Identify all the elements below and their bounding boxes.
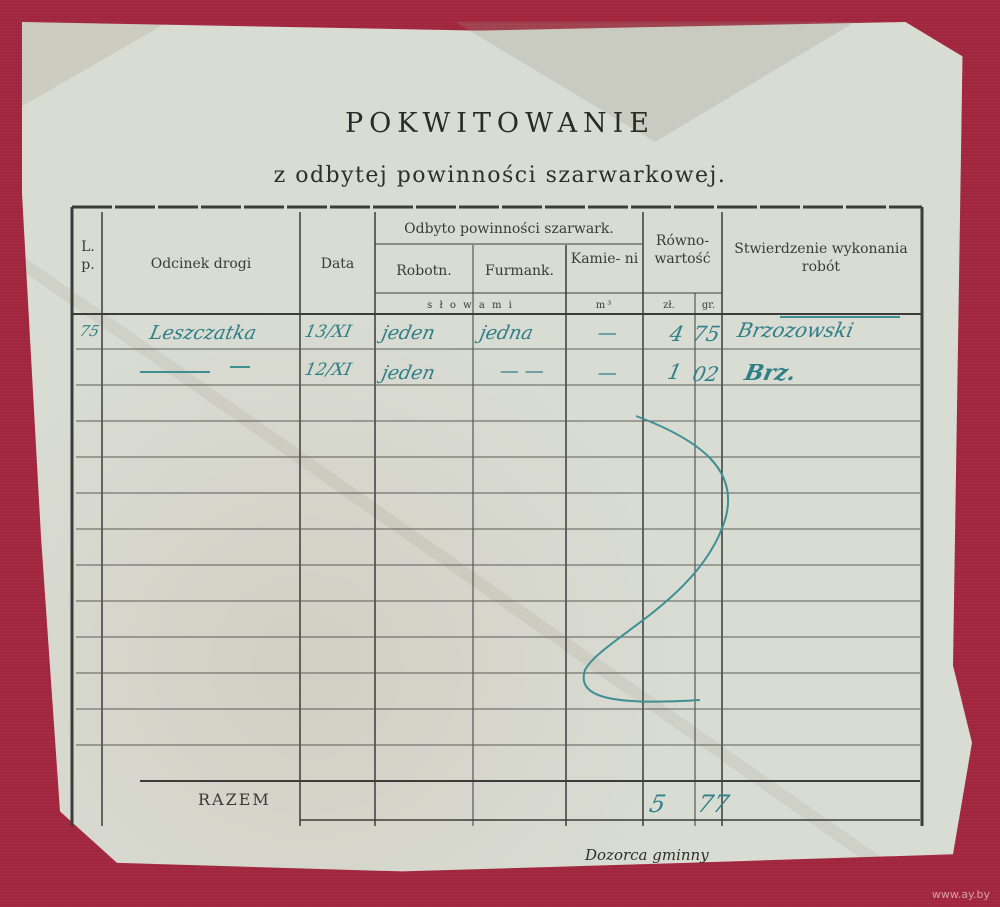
row1-robotn: jeden	[380, 322, 437, 344]
col-header-rownowartosc: Równo- wartość	[643, 232, 722, 268]
row2-furmank: — —	[498, 360, 547, 382]
handwritten-z-mark	[584, 416, 729, 702]
row2-robotn: jeden	[380, 362, 437, 384]
col-header-lp: L. p.	[74, 238, 102, 274]
signature-label: Dozorca gminny	[585, 846, 709, 864]
col-sub-slowami: s ł o w a m i	[375, 297, 566, 315]
totals-gr: 77	[695, 790, 731, 818]
col-sub-zl: zł.	[643, 297, 695, 315]
form-table-grid	[0, 0, 1000, 907]
col-header-odbyto: Odbyto powinności szarwark.	[375, 220, 643, 238]
col-sub-m3: m³	[566, 297, 643, 315]
row1-data: 13/XI	[303, 322, 353, 342]
row2-gr: 02	[690, 362, 721, 386]
col-header-data: Data	[300, 255, 375, 273]
row2-stwierdzenie: Brz.	[742, 360, 798, 386]
row1-gr: 75	[690, 322, 722, 346]
col-header-kamieni: Kamie- ni	[566, 250, 643, 268]
col-header-furmank: Furmank.	[473, 262, 566, 280]
col-sub-gr: gr.	[695, 297, 722, 315]
row1-stwierdzenie: Brzozowski	[735, 318, 855, 342]
watermark: www.ay.by	[932, 888, 990, 901]
row1-furmank: jedna	[478, 322, 536, 344]
totals-label: RAZEM	[198, 790, 271, 809]
col-header-robotn: Robotn.	[375, 262, 473, 280]
row1-lp: 75	[78, 322, 101, 340]
col-header-odcinek: Odcinek drogi	[102, 255, 300, 273]
row2-data: 12/XI	[303, 360, 353, 380]
col-header-stwierdzenie: Stwierdzenie wykonania robót	[722, 240, 920, 276]
row1-odcinek: Leszczatka	[148, 322, 259, 344]
